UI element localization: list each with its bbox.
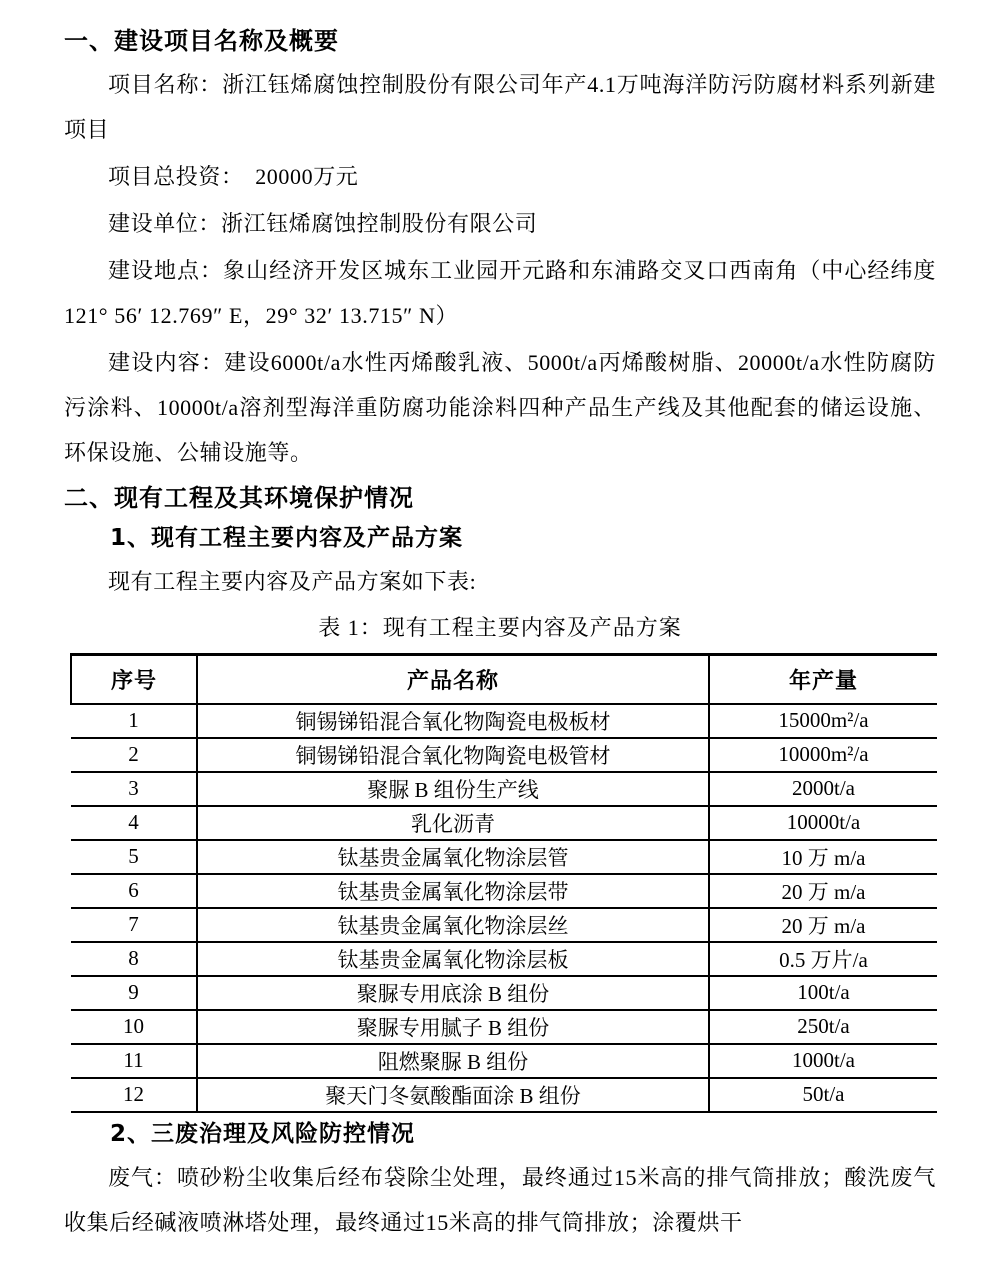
header-product-name: 产品名称 [197,655,709,704]
annual-output-cell: 15000m²/a [709,704,937,738]
subsection-heading-1: 1、现有工程主要内容及产品方案 [64,519,936,557]
table-row: 2铜锡锑铅混合氧化物陶瓷电极管材10000m²/a [71,738,937,772]
row-index-cell: 9 [71,976,197,1010]
paragraph-location: 建设地点：象山经济开发区城东工业园开元路和东浦路交叉口西南角（中心经纬度121°… [64,248,936,338]
annual-output-cell: 100t/a [709,976,937,1010]
table-header-row: 序号 产品名称 年产量 [71,655,937,704]
paragraph-builder: 建设单位：浙江钰烯腐蚀控制股份有限公司 [64,201,936,246]
section-heading-1: 一、建设项目名称及概要 [64,22,936,60]
subsection-heading-2: 2、三废治理及风险防控情况 [64,1115,936,1153]
table-row: 6钛基贵金属氧化物涂层带20 万 m/a [71,874,937,908]
row-index-cell: 5 [71,840,197,874]
annual-output-cell: 10 万 m/a [709,840,937,874]
product-name-cell: 乳化沥青 [197,806,709,840]
row-index-cell: 8 [71,942,197,976]
product-table-body: 1铜锡锑铅混合氧化物陶瓷电极板材15000m²/a2铜锡锑铅混合氧化物陶瓷电极管… [71,704,937,1112]
product-name-cell: 聚天门冬氨酸酯面涂 B 组份 [197,1078,709,1112]
paragraph-waste-gas: 废气：喷砂粉尘收集后经布袋除尘处理，最终通过15米高的排气筒排放；酸洗废气收集后… [64,1155,936,1245]
table-row: 3聚脲 B 组份生产线2000t/a [71,772,937,806]
annual-output-cell: 20 万 m/a [709,908,937,942]
paragraph-table-intro: 现有工程主要内容及产品方案如下表: [64,559,936,604]
row-index-cell: 1 [71,704,197,738]
product-table: 序号 产品名称 年产量 1铜锡锑铅混合氧化物陶瓷电极板材15000m²/a2铜锡… [70,653,937,1113]
product-name-cell: 钛基贵金属氧化物涂层带 [197,874,709,908]
row-index-cell: 2 [71,738,197,772]
table-caption: 表 1：现有工程主要内容及产品方案 [64,605,936,650]
table-row: 10聚脲专用腻子 B 组份250t/a [71,1010,937,1044]
product-name-cell: 钛基贵金属氧化物涂层管 [197,840,709,874]
table-row: 7钛基贵金属氧化物涂层丝20 万 m/a [71,908,937,942]
product-name-cell: 钛基贵金属氧化物涂层板 [197,942,709,976]
annual-output-cell: 50t/a [709,1078,937,1112]
table-row: 4乳化沥青10000t/a [71,806,937,840]
table-row: 5钛基贵金属氧化物涂层管10 万 m/a [71,840,937,874]
row-index-cell: 10 [71,1010,197,1044]
product-name-cell: 铜锡锑铅混合氧化物陶瓷电极板材 [197,704,709,738]
row-index-cell: 12 [71,1078,197,1112]
annual-output-cell: 250t/a [709,1010,937,1044]
product-name-cell: 铜锡锑铅混合氧化物陶瓷电极管材 [197,738,709,772]
table-row: 9聚脲专用底涂 B 组份100t/a [71,976,937,1010]
product-name-cell: 聚脲专用底涂 B 组份 [197,976,709,1010]
table-row: 11阻燃聚脲 B 组份1000t/a [71,1044,937,1078]
product-name-cell: 聚脲专用腻子 B 组份 [197,1010,709,1044]
annual-output-cell: 10000m²/a [709,738,937,772]
product-name-cell: 钛基贵金属氧化物涂层丝 [197,908,709,942]
product-name-cell: 聚脲 B 组份生产线 [197,772,709,806]
paragraph-project-name: 项目名称：浙江钰烯腐蚀控制股份有限公司年产4.1万吨海洋防污防腐材料系列新建项目 [64,62,936,152]
table-row: 1铜锡锑铅混合氧化物陶瓷电极板材15000m²/a [71,704,937,738]
annual-output-cell: 1000t/a [709,1044,937,1078]
annual-output-cell: 2000t/a [709,772,937,806]
product-name-cell: 阻燃聚脲 B 组份 [197,1044,709,1078]
row-index-cell: 7 [71,908,197,942]
section-heading-2: 二、现有工程及其环境保护情况 [64,479,936,517]
header-annual-output: 年产量 [709,655,937,704]
table-row: 8钛基贵金属氧化物涂层板0.5 万片/a [71,942,937,976]
paragraph-construction-content: 建设内容：建设6000t/a水性丙烯酸乳液、5000t/a丙烯酸树脂、20000… [64,340,936,475]
document-page: 一、建设项目名称及概要 项目名称：浙江钰烯腐蚀控制股份有限公司年产4.1万吨海洋… [0,0,992,1245]
row-index-cell: 6 [71,874,197,908]
annual-output-cell: 20 万 m/a [709,874,937,908]
row-index-cell: 3 [71,772,197,806]
header-index: 序号 [71,655,197,704]
annual-output-cell: 10000t/a [709,806,937,840]
table-row: 12聚天门冬氨酸酯面涂 B 组份50t/a [71,1078,937,1112]
row-index-cell: 11 [71,1044,197,1078]
row-index-cell: 4 [71,806,197,840]
paragraph-investment: 项目总投资： 20000万元 [64,154,936,199]
annual-output-cell: 0.5 万片/a [709,942,937,976]
